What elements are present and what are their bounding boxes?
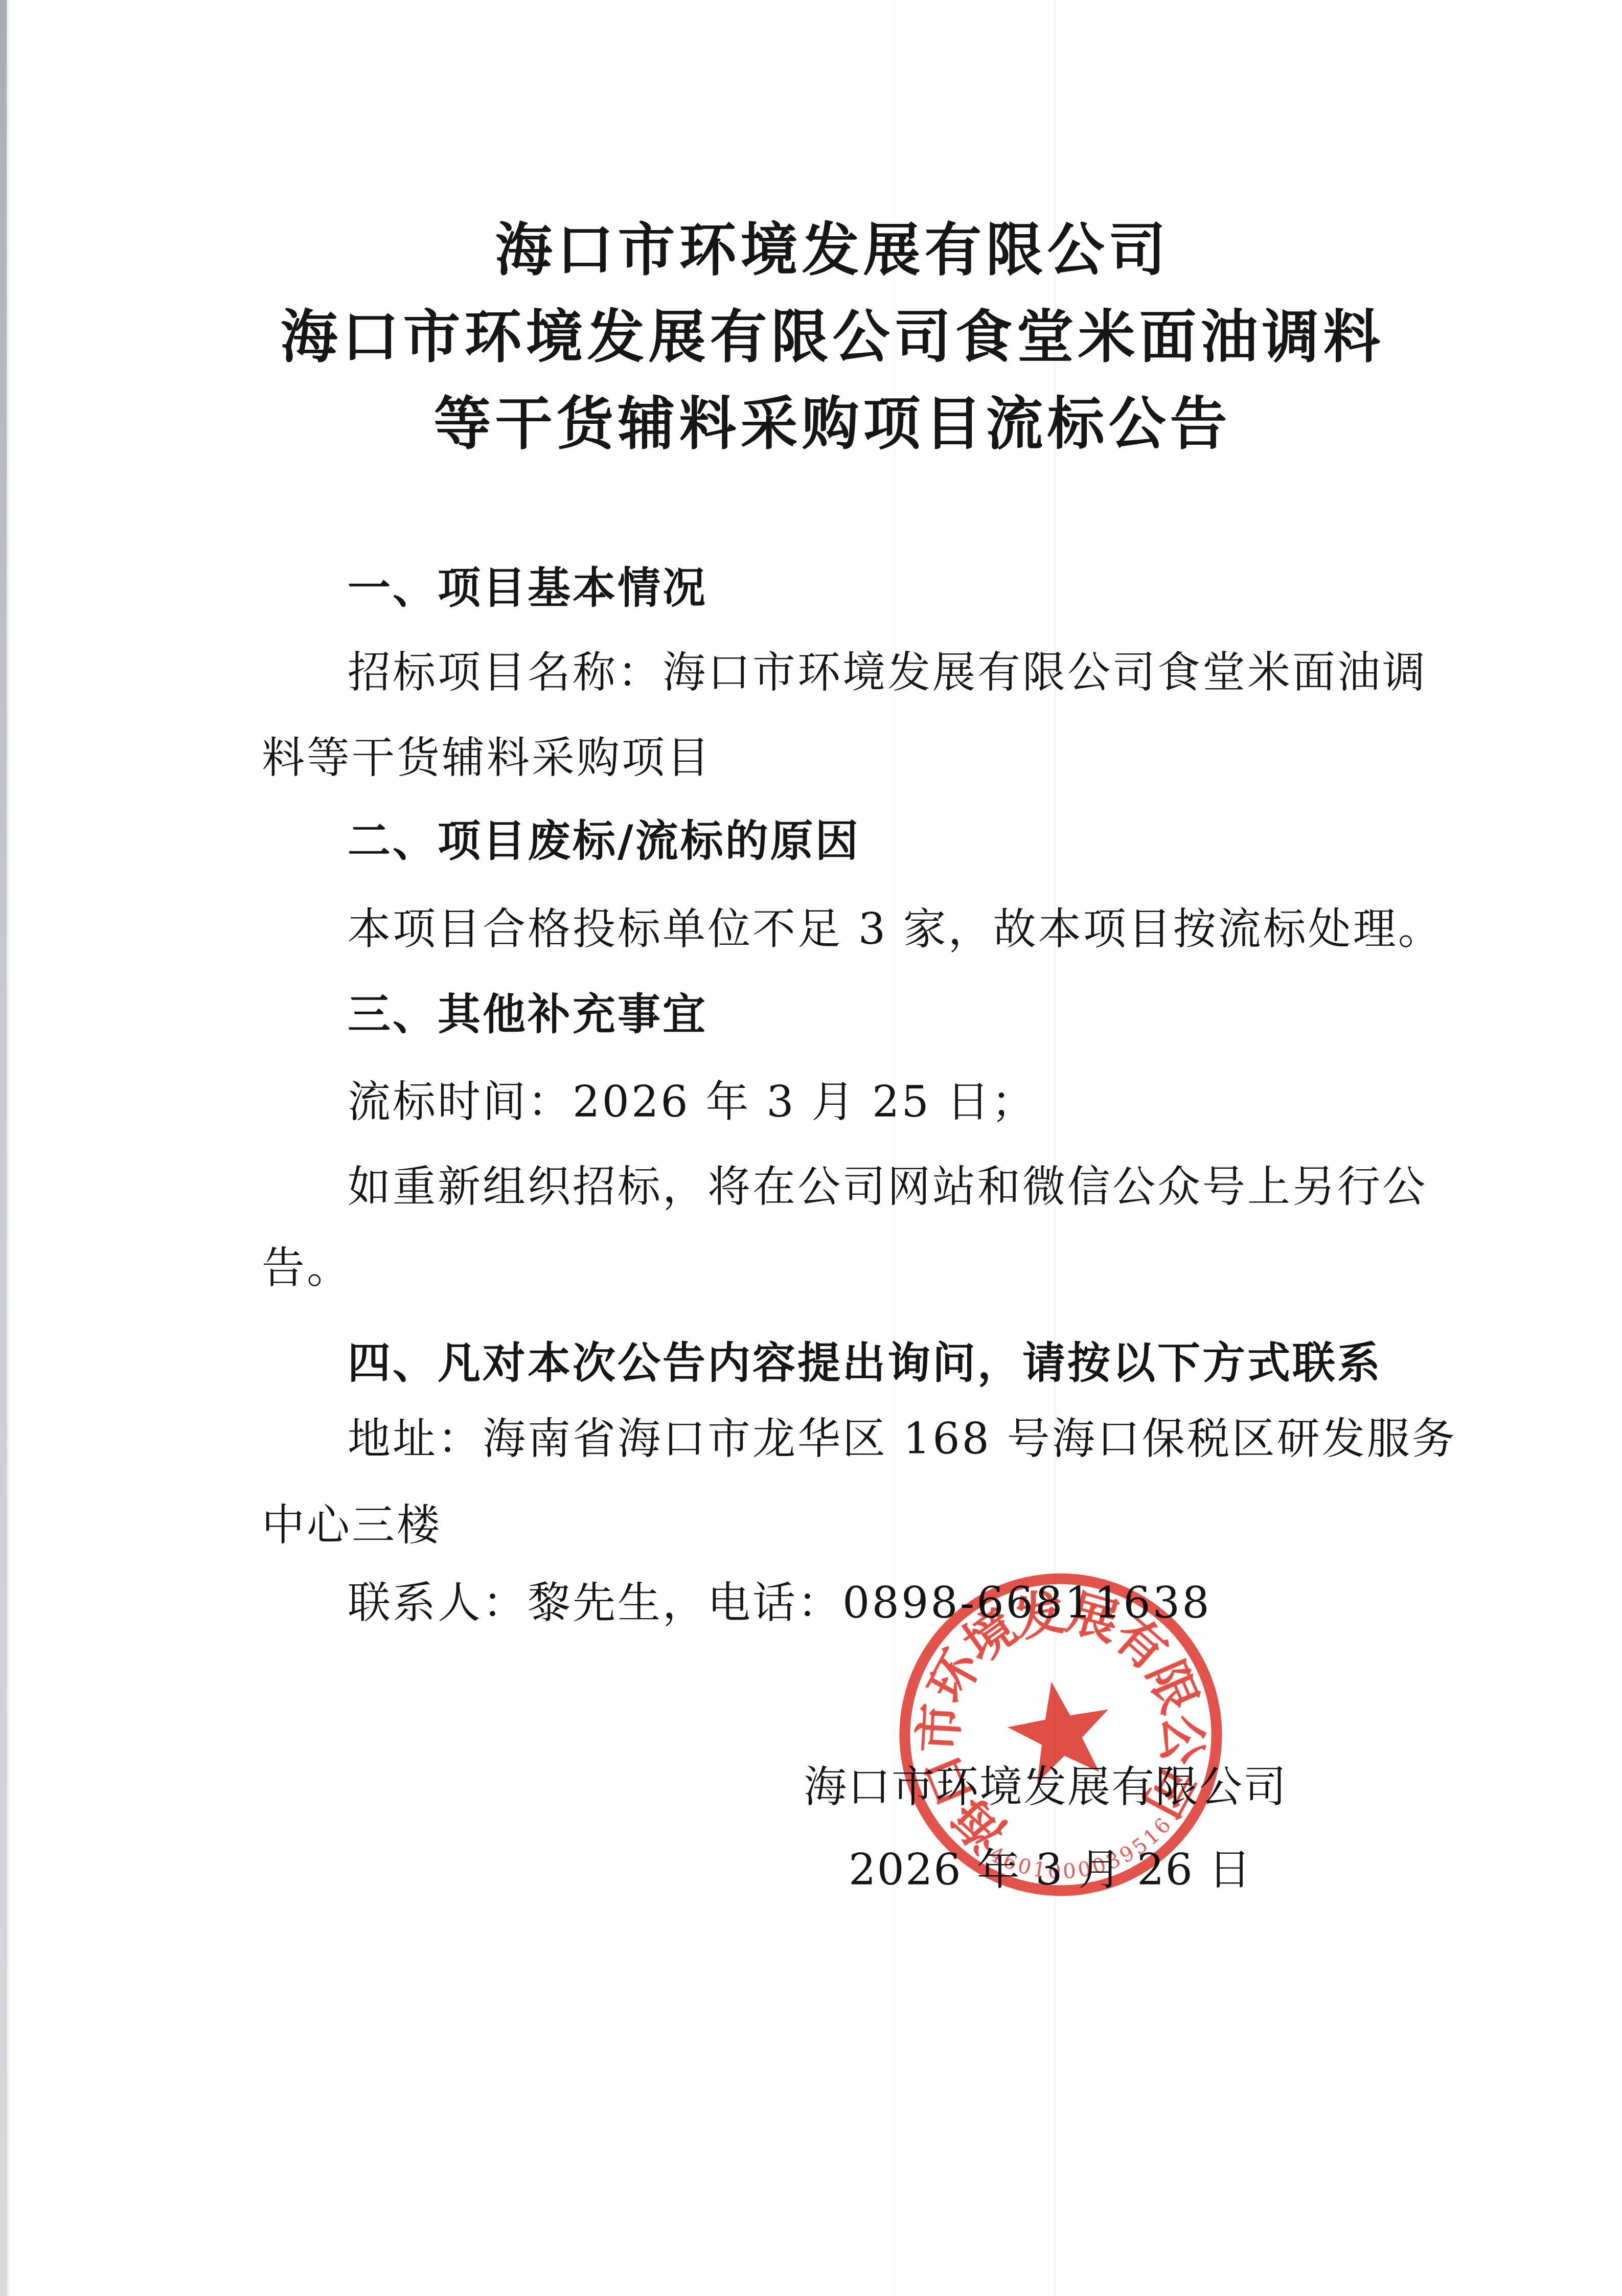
paragraph-line: 地址：海南省海口市龙华区 168 号海口保税区研发服务: [348, 1398, 1457, 1480]
svg-text:0: 0: [1047, 1859, 1062, 1883]
seal-star: [1001, 1673, 1118, 1786]
svg-text:公: 公: [1152, 1714, 1213, 1766]
paragraph-line: 流标时间：2026 年 3 月 25 日；: [348, 1061, 1037, 1143]
svg-text:市: 市: [909, 1701, 970, 1754]
title-line-3: 等干货辅料采购项目流标公告: [43, 381, 1622, 468]
section-heading-2: 二、项目废标/流标的原因: [348, 800, 860, 882]
paragraph-line: 中心三楼: [262, 1484, 442, 1566]
paragraph-line: 招标项目名称：海口市环境发展有限公司食堂米面油调: [348, 631, 1427, 713]
section-heading-1: 一、项目基本情况: [348, 547, 707, 629]
company-seal: 海口市环境发展有限公司 4601000039516: [877, 1551, 1245, 1919]
paragraph-line: 料等干货辅料采购项目: [262, 717, 712, 799]
svg-text:1: 1: [1031, 1857, 1047, 1882]
title-line-2: 海口市环境发展有限公司食堂米面油调料: [43, 294, 1622, 381]
paragraph-line: 如重新组织招标，将在公司网站和微信公众号上另行公: [348, 1146, 1427, 1227]
svg-text:发: 发: [1010, 1582, 1069, 1648]
title-line-1: 海口市环境发展有限公司: [43, 207, 1622, 294]
scanned-document-page: { "page": { "background": "#fefefe", "sc…: [0, 0, 1622, 2296]
svg-text:0: 0: [1062, 1859, 1077, 1884]
paragraph-line: 本项目合格投标单位不足 3 家，故本项目按流标处理。: [348, 888, 1443, 970]
paragraph-line: 告。: [262, 1227, 352, 1309]
scan-edge-fade: [7, 0, 10, 2296]
section-heading-3: 三、其他补充事宜: [348, 973, 707, 1055]
section-heading-4: 四、凡对本次公告内容提出询问，请按以下方式联系: [348, 1322, 1382, 1404]
scan-edge-strip: [0, 0, 7, 2296]
